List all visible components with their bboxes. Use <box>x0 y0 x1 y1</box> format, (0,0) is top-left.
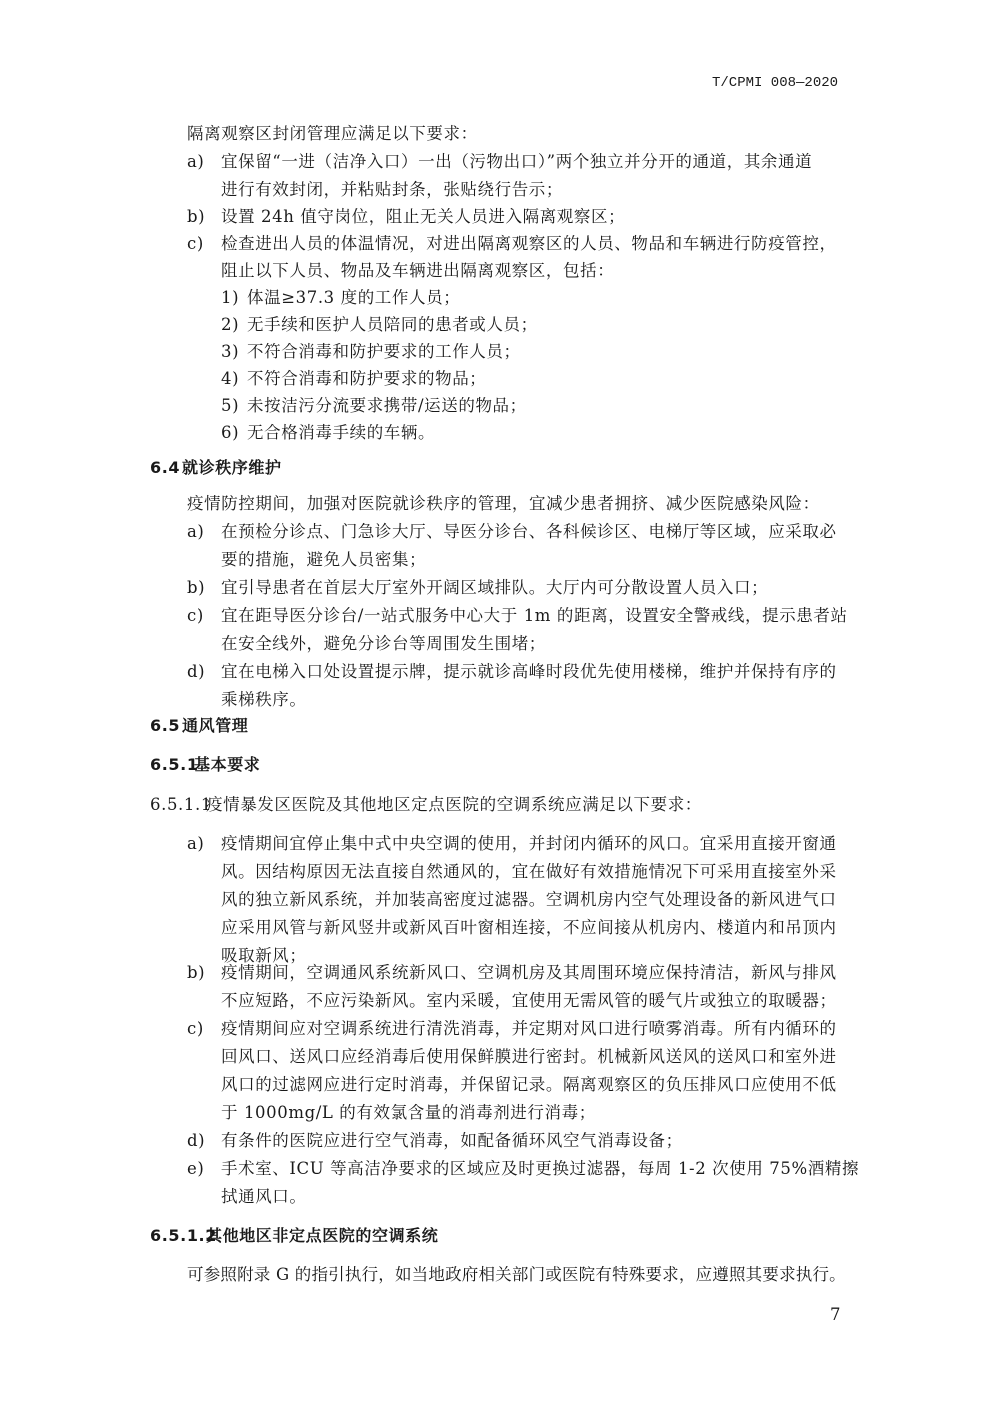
sublist-item-text: 不符合消毒和防护要求的物品； <box>247 368 486 390</box>
list-item-text: 拭通风口。 <box>221 1186 307 1208</box>
list-item-text: 进行有效封闭，并粘贴封条，张贴绕行告示； <box>221 179 563 201</box>
list-marker: b) <box>187 577 205 599</box>
list-marker: c) <box>187 1018 204 1040</box>
sublist-marker: 4) <box>221 368 239 390</box>
document-code: T/CPMI 008—2020 <box>712 72 838 94</box>
sublist-marker: 3) <box>221 341 239 363</box>
list-item-text: 不应短路，不应污染新风。室内采暖，宜使用无需风管的暖气片或独立的取暖器； <box>221 990 837 1012</box>
subsection-heading: 基本要求 <box>194 754 260 776</box>
list-item-text: 手术室、ICU 等高洁净要求的区域应及时更换过滤器，每周 1-2 次使用 75%… <box>221 1158 859 1180</box>
list-item-text: 要的措施，避免人员密集； <box>221 549 426 571</box>
list-marker: a) <box>187 833 204 855</box>
subsection-number: 6.5.1 <box>150 754 199 776</box>
section-intro: 疫情防控期间，加强对医院就诊秩序的管理，宜减少患者拥挤、减少医院感染风险： <box>187 493 820 515</box>
sublist-item-text: 不符合消毒和防护要求的工作人员； <box>247 341 521 363</box>
list-marker: a) <box>187 151 204 173</box>
list-item-text: 阻止以下人员、物品及车辆进出隔离观察区，包括： <box>221 260 614 282</box>
list-item-text: 有条件的医院应进行空气消毒，如配备循环风空气消毒设备； <box>221 1130 683 1152</box>
list-marker: a) <box>187 521 204 543</box>
list-item-text: 在安全线外，避免分诊台等周围发生围堵； <box>221 633 546 655</box>
list-marker: c) <box>187 233 204 255</box>
sublist-item-text: 未按洁污分流要求携带/运送的物品； <box>247 395 527 417</box>
intro-paragraph: 隔离观察区封闭管理应满足以下要求： <box>187 123 478 145</box>
list-item-text: 应采用风管与新风竖井或新风百叶窗相连接，不应间接从机房内、楼道内和吊顶内 <box>221 917 837 939</box>
clause-body: 可参照附录 G 的指引执行，如当地政府相关部门或医院有特殊要求，应遵照其要求执行… <box>187 1264 846 1286</box>
list-marker: b) <box>187 962 205 984</box>
list-item-text: 检查进出人员的体温情况，对进出隔离观察区的人员、物品和车辆进行防疫管控， <box>221 233 837 255</box>
list-item-text: 宜引导患者在首层大厅室外开阔区域排队。大厅内可分散设置人员入口； <box>221 577 768 599</box>
section-number: 6.5 <box>150 715 180 737</box>
list-marker: c) <box>187 605 204 627</box>
list-marker: d) <box>187 1130 205 1152</box>
section-heading: 就诊秩序维护 <box>182 457 282 479</box>
list-item-text: 回风口、送风口应经消毒后使用保鲜膜进行密封。机械新风送风的送风口和室外进 <box>221 1046 837 1068</box>
list-item-text: 宜保留“一进（洁净入口）一出（污物出口）”两个独立并分开的通道，其余通道 <box>221 151 812 173</box>
list-marker: b) <box>187 206 205 228</box>
list-item-text: 疫情期间宜停止集中式中央空调的使用，并封闭内循环的风口。宜采用直接开窗通 <box>221 833 837 855</box>
section-number: 6.4 <box>150 457 180 479</box>
list-item-text: 疫情期间应对空调系统进行清洗消毒，并定期对风口进行喷雾消毒。所有内循环的 <box>221 1018 837 1040</box>
sublist-marker: 6) <box>221 422 239 444</box>
clause-heading: 其他地区非定点医院的空调系统 <box>206 1225 438 1247</box>
page-number: 7 <box>830 1304 841 1326</box>
sublist-marker: 1) <box>221 287 239 309</box>
clause-text: 疫情暴发区医院及其他地区定点医院的空调系统应满足以下要求： <box>206 794 702 816</box>
list-item-text: 乘梯秩序。 <box>221 689 307 711</box>
list-marker: e) <box>187 1158 204 1180</box>
list-item-text: 设置 24h 值守岗位，阻止无关人员进入隔离观察区； <box>221 206 625 228</box>
list-item-text: 于 1000mg/L 的有效氯含量的消毒剂进行消毒； <box>221 1102 596 1124</box>
list-item-text: 在预检分诊点、门急诊大厅、导医分诊台、各科候诊区、电梯厅等区域，应采取必 <box>221 521 837 543</box>
clause-number: 6.5.1.1 <box>150 794 212 816</box>
sublist-item-text: 无手续和医护人员陪同的患者或人员； <box>247 314 538 336</box>
list-item-text: 宜在电梯入口处设置提示牌，提示就诊高峰时段优先使用楼梯，维护并保持有序的 <box>221 661 837 683</box>
section-heading: 通风管理 <box>182 715 248 737</box>
list-item-text: 风口的过滤网应进行定时消毒，并保留记录。隔离观察区的负压排风口应使用不低 <box>221 1074 837 1096</box>
list-item-text: 风。因结构原因无法直接自然通风的，宜在做好有效措施情况下可采用直接室外采 <box>221 861 837 883</box>
list-item-text: 疫情期间，空调通风系统新风口、空调机房及其周围环境应保持清洁，新风与排风 <box>221 962 837 984</box>
list-marker: d) <box>187 661 205 683</box>
list-item-text: 宜在距导医分诊台/一站式服务中心大于 1m 的距离，设置安全警戒线，提示患者站 <box>221 605 848 627</box>
sublist-item-text: 无合格消毒手续的车辆。 <box>247 422 435 444</box>
sublist-marker: 2) <box>221 314 239 336</box>
sublist-marker: 5) <box>221 395 239 417</box>
list-item-text: 风的独立新风系统，并加装高密度过滤器。空调机房内空气处理设备的新风进气口 <box>221 889 837 911</box>
sublist-item-text: 体温≥37.3 度的工作人员； <box>247 287 460 309</box>
